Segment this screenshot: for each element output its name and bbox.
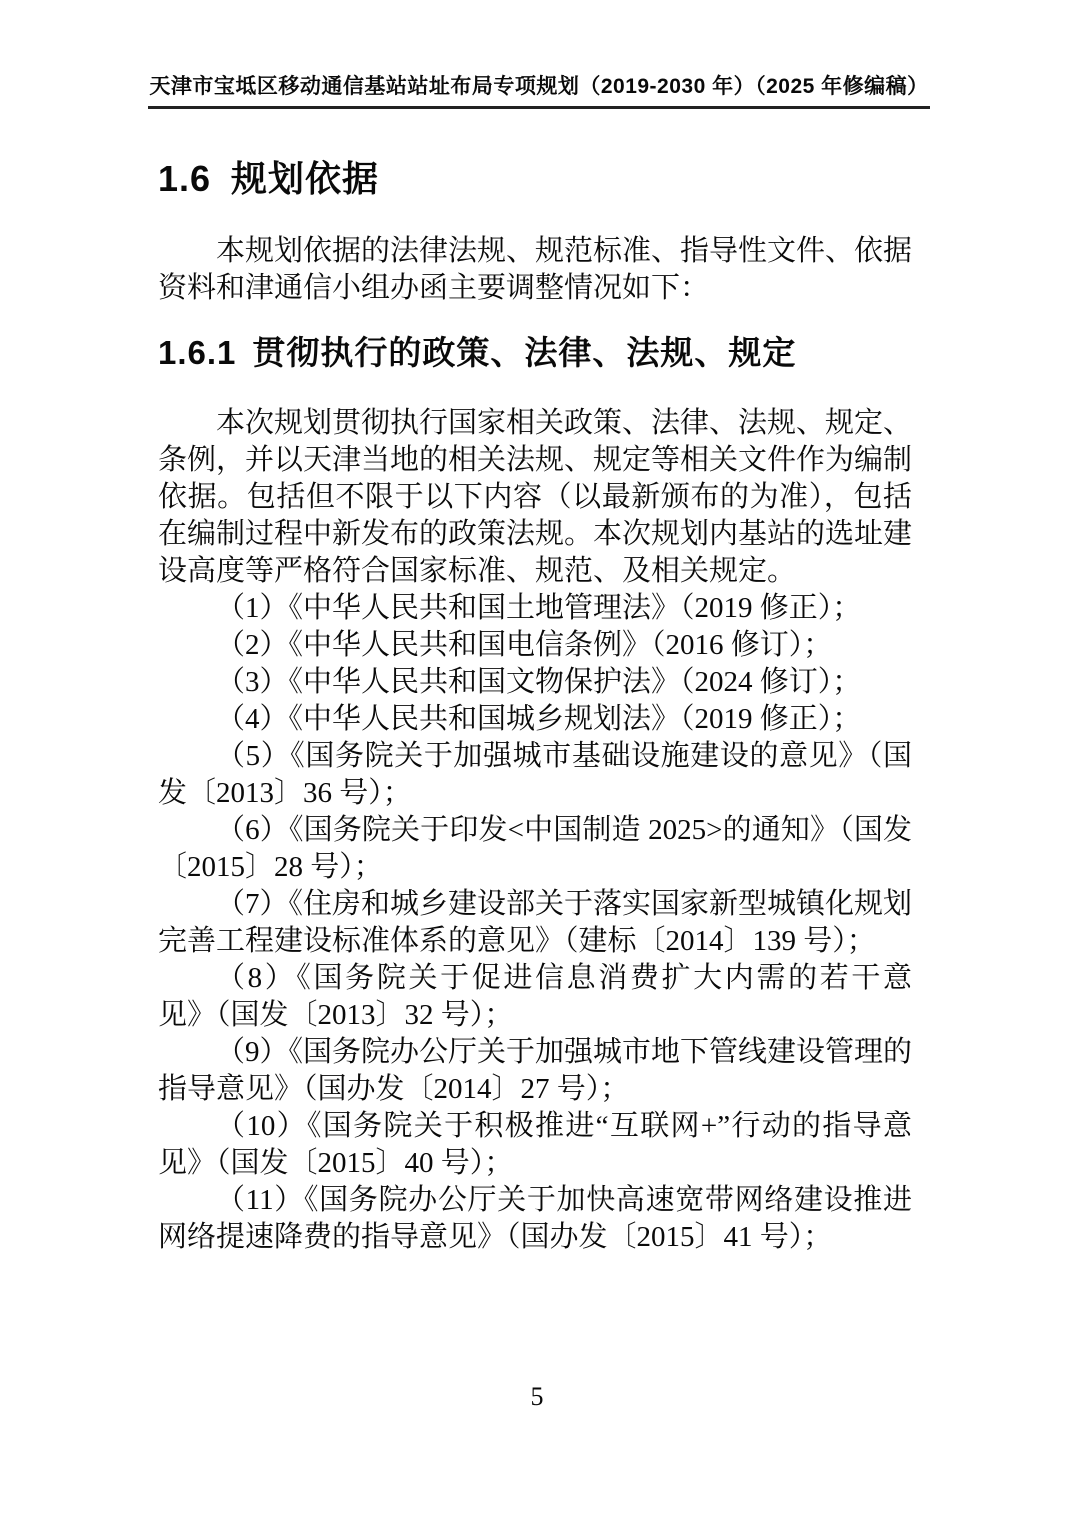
regulation-item: （1）《中华人民共和国土地管理法》（2019 修正）； — [158, 590, 912, 627]
page-number: 5 — [531, 1382, 544, 1411]
regulation-item: （11）《国务院办公厅关于加快高速宽带网络建设推进网络提速降费的指导意见》（国办… — [158, 1182, 912, 1256]
subsection-heading: 1.6.1贯彻执行的政策、法律、法规、规定 — [158, 335, 912, 370]
section-title: 规划依据 — [231, 158, 379, 199]
regulation-item: （3）《中华人民共和国文物保护法》（2024 修订）； — [158, 664, 912, 701]
regulation-item: （8）《国务院关于促进信息消费扩大内需的若干意见》（国发〔2013〕32 号）； — [158, 960, 912, 1034]
regulation-item: （5）《国务院关于加强城市基础设施建设的意见》（国发〔2013〕36 号）； — [158, 738, 912, 812]
section-heading: 1.6规划依据 — [158, 160, 912, 198]
subsection-intro-paragraph: 本次规划贯彻执行国家相关政策、法律、法规、规定、条例，并以天津当地的相关法规、规… — [158, 405, 912, 590]
subsection-number: 1.6.1 — [158, 334, 236, 371]
section-intro-paragraph: 本规划依据的法律法规、规范标准、指导性文件、依据资料和津通信小组办函主要调整情况… — [158, 233, 912, 307]
regulation-item: （7）《住房和城乡建设部关于落实国家新型城镇化规划完善工程建设标准体系的意见》（… — [158, 886, 912, 960]
page-footer: 5 — [0, 1382, 1074, 1412]
page-body: 1.6规划依据 本规划依据的法律法规、规范标准、指导性文件、依据资料和津通信小组… — [158, 0, 912, 1256]
subsection-title: 贯彻执行的政策、法律、法规、规定 — [252, 334, 796, 371]
regulation-item: （6）《国务院关于印发<中国制造 2025>的通知》（国发〔2015〕28 号）… — [158, 812, 912, 886]
section-number: 1.6 — [158, 158, 211, 199]
regulation-item: （9）《国务院办公厅关于加强城市地下管线建设管理的指导意见》（国办发〔2014〕… — [158, 1034, 912, 1108]
regulation-item: （4）《中华人民共和国城乡规划法》（2019 修正）； — [158, 701, 912, 738]
regulation-item: （2）《中华人民共和国电信条例》（2016 修订）； — [158, 627, 912, 664]
regulation-item: （10）《国务院关于积极推进“互联网+”行动的指导意见》（国发〔2015〕40 … — [158, 1108, 912, 1182]
document-page: 天津市宝坻区移动通信基站站址布局专项规划（2019-2030 年）（2025 年… — [0, 0, 1074, 1520]
